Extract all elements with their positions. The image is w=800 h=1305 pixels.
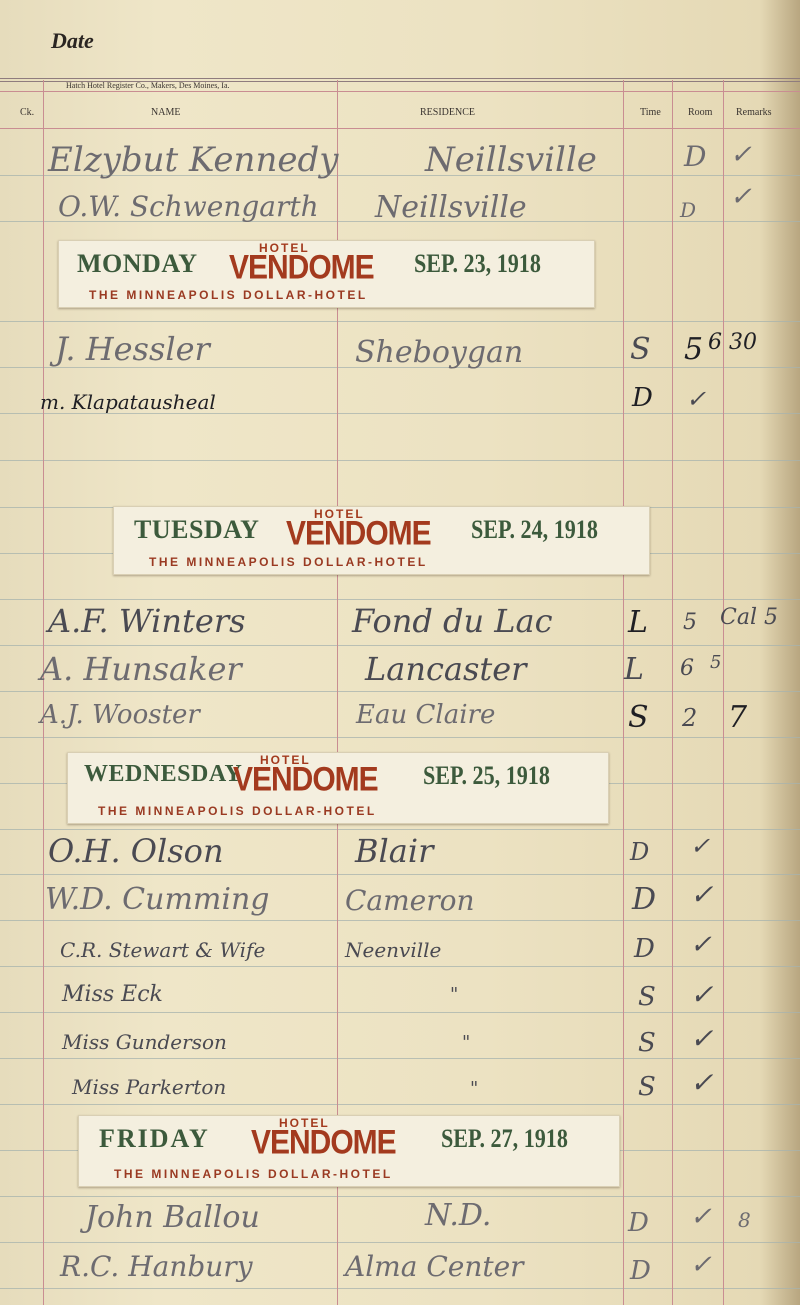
banner-day: MONDAY <box>77 249 197 279</box>
column-header-room: Room <box>688 107 712 118</box>
col-rule-residence <box>623 80 624 1305</box>
row-rule <box>0 1288 800 1289</box>
entry-name: O.W. Schwengarth <box>58 190 319 223</box>
entry-time: D <box>684 140 706 173</box>
row-rule <box>0 691 800 692</box>
entry-remarks: Cal 5 <box>720 605 778 630</box>
banner-date: SEP. 24, 1918 <box>471 515 598 545</box>
entry-room: ✓ <box>686 385 706 413</box>
entry-remarks: 5 <box>710 652 721 673</box>
entry-remarks: ✓ <box>730 182 752 212</box>
header-bottom-rule <box>0 128 800 129</box>
entry-room: D <box>680 198 696 222</box>
entry-name: C.R. Stewart & Wife <box>60 938 265 962</box>
row-rule <box>0 321 800 322</box>
entry-name: Miss Gunderson <box>62 1030 227 1054</box>
entry-name: J. Hessler <box>55 330 210 368</box>
entry-time: L <box>624 652 644 687</box>
entry-name: W.D. Cumming <box>45 882 269 917</box>
entry-room: ✓ <box>690 978 713 1011</box>
column-header-ck: Ck. <box>20 107 34 118</box>
entry-name: Elzybut Kennedy <box>48 140 338 180</box>
row-rule <box>0 1012 800 1013</box>
entry-room: ✓ <box>690 1250 712 1280</box>
entry-time: S <box>628 700 649 735</box>
entry-remarks: 7 <box>728 700 747 735</box>
entry-residence: Eau Claire <box>356 700 495 730</box>
top-rule <box>0 78 800 79</box>
banner-hotel-name: VENDOME <box>233 760 378 799</box>
row-rule <box>0 920 800 921</box>
row-rule <box>0 1242 800 1243</box>
entry-name: John Ballou <box>85 1200 260 1235</box>
column-header-time: Time <box>640 107 661 118</box>
maker-line: Hatch Hotel Register Co., Makers, Des Mo… <box>66 81 230 90</box>
entry-name: Miss Parkerton <box>72 1075 226 1099</box>
row-rule <box>0 645 800 646</box>
col-rule-ck <box>43 80 44 1305</box>
entry-time: D <box>630 1256 651 1286</box>
entry-time: D <box>632 882 656 917</box>
entry-residence: Neenville <box>345 938 441 962</box>
banner-day: WEDNESDAY <box>84 761 242 788</box>
entry-name: A.F. Winters <box>48 602 246 640</box>
entry-time: D <box>632 383 653 413</box>
date-banner-tuesday: TUESDAY HOTEL VENDOME SEP. 24, 1918 THE … <box>113 506 650 575</box>
row-rule <box>0 829 800 830</box>
entry-room: ✓ <box>730 140 752 170</box>
entry-room: 5 <box>683 610 697 635</box>
entry-residence: " <box>450 984 458 1005</box>
row-rule <box>0 1058 800 1059</box>
entry-remarks: 8 <box>738 1208 751 1232</box>
entry-residence: Lancaster <box>365 650 526 688</box>
row-rule <box>0 599 800 600</box>
page-title: Date <box>51 28 94 54</box>
row-rule <box>0 1196 800 1197</box>
entry-room: ✓ <box>690 930 712 960</box>
banner-hotel-name: VENDOME <box>251 1123 396 1162</box>
entry-room: ✓ <box>690 1066 713 1099</box>
col-rule-time <box>672 80 673 1305</box>
entry-time: S <box>638 1072 656 1102</box>
entry-name: A.J. Wooster <box>40 700 200 730</box>
entry-residence: " <box>462 1032 470 1053</box>
entry-residence: Blair <box>355 832 433 870</box>
header-rule <box>0 91 800 92</box>
entry-name: Miss Eck <box>62 982 163 1007</box>
entry-time: D <box>634 934 655 964</box>
entry-remarks: 6 30 <box>708 330 757 355</box>
row-rule <box>0 737 800 738</box>
entry-time: S <box>638 982 656 1012</box>
entry-residence: Sheboygan <box>355 335 523 370</box>
entry-room: 2 <box>682 704 697 732</box>
entry-name: A. Hunsaker <box>40 650 242 688</box>
entry-time: S <box>630 332 651 367</box>
entry-room: 6 <box>680 656 694 681</box>
entry-time: D <box>630 838 649 866</box>
entry-room: ✓ <box>690 832 710 860</box>
entry-time: L <box>628 605 648 640</box>
entry-name: O.H. Olson <box>48 832 224 870</box>
entry-residence: N.D. <box>425 1198 491 1233</box>
entry-residence: Neillsville <box>425 140 597 180</box>
row-rule <box>0 966 800 967</box>
entry-room: 5 <box>684 332 703 367</box>
row-rule <box>0 874 800 875</box>
date-banner-wednesday: WEDNESDAY HOTEL VENDOME SEP. 25, 1918 TH… <box>67 752 609 824</box>
banner-date: SEP. 25, 1918 <box>423 761 550 791</box>
row-rule <box>0 460 800 461</box>
entry-name: R.C. Hanbury <box>60 1250 253 1283</box>
date-banner-friday: FRIDAY HOTEL VENDOME SEP. 27, 1918 THE M… <box>78 1115 620 1187</box>
banner-subtitle: THE MINNEAPOLIS DOLLAR-HOTEL <box>149 555 428 569</box>
banner-subtitle: THE MINNEAPOLIS DOLLAR-HOTEL <box>98 804 377 818</box>
banner-hotel-name: VENDOME <box>286 514 431 553</box>
banner-date: SEP. 23, 1918 <box>414 249 541 279</box>
entry-residence: Neillsville <box>375 190 527 225</box>
column-header-name: NAME <box>151 107 180 118</box>
banner-subtitle: THE MINNEAPOLIS DOLLAR-HOTEL <box>89 288 368 302</box>
banner-day: TUESDAY <box>134 515 259 545</box>
entry-room: ✓ <box>690 878 713 911</box>
entry-residence: Fond du Lac <box>352 602 553 640</box>
banner-subtitle: THE MINNEAPOLIS DOLLAR-HOTEL <box>114 1167 393 1181</box>
banner-hotel-name: VENDOME <box>229 248 374 287</box>
entry-room: ✓ <box>690 1202 712 1232</box>
column-header-residence: RESIDENCE <box>420 107 475 118</box>
entry-residence: " <box>470 1078 478 1099</box>
entry-name: m. Klapatausheal <box>40 390 216 414</box>
entry-time: D <box>628 1208 649 1238</box>
row-rule <box>0 1104 800 1105</box>
entry-time: S <box>638 1028 656 1058</box>
column-header-remarks: Remarks <box>736 107 772 118</box>
banner-date: SEP. 27, 1918 <box>441 1124 568 1154</box>
entry-room: ✓ <box>690 1022 713 1055</box>
col-rule-room <box>723 80 724 1305</box>
entry-residence: Alma Center <box>345 1250 524 1283</box>
entry-residence: Cameron <box>345 884 475 917</box>
date-banner-monday: MONDAY HOTEL VENDOME SEP. 23, 1918 THE M… <box>58 240 595 308</box>
banner-day: FRIDAY <box>99 1124 210 1154</box>
